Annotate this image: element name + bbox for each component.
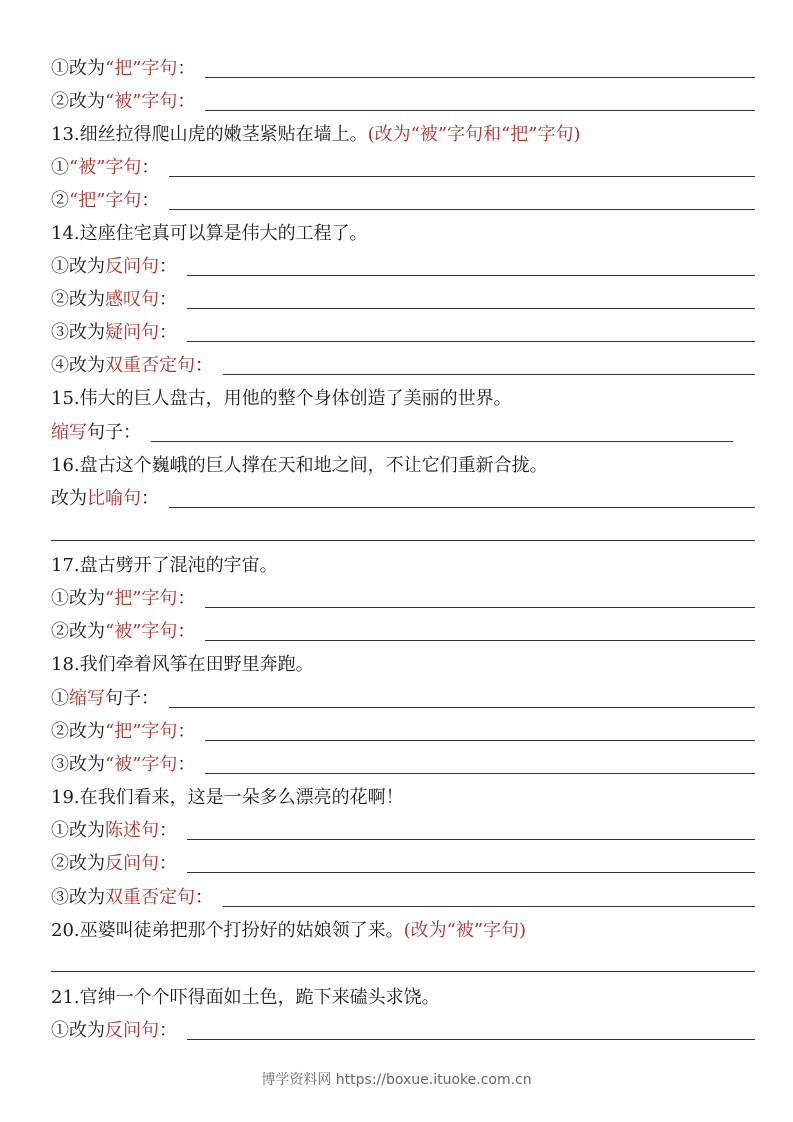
q18-answer-row-2: ②改为“把”字句： — [51, 715, 755, 745]
q20-stem: 20.巫婆叫徒弟把那个打扮好的姑娘领了来。(改为“被”字句) — [51, 914, 755, 944]
answer-blank[interactable] — [205, 76, 755, 78]
question-text: 20.巫婆叫徒弟把那个打扮好的姑娘领了来。 — [51, 920, 404, 941]
q15-answer-row-1: 缩写句子： — [51, 416, 733, 446]
q18-answer-row-3: ③改为“被”字句： — [51, 748, 755, 778]
label-prefix: ② — [51, 190, 69, 211]
label-suffix: ： — [177, 58, 195, 79]
q19-answer-row-2: ②改为反问句： — [51, 847, 755, 877]
q18-stem: 18.我们牵着风筝在田野里奔跑。 — [51, 648, 755, 678]
label-red: 比喻句 — [87, 488, 141, 509]
label-red: 缩写 — [51, 422, 87, 443]
label-red: 反问句 — [105, 256, 159, 277]
question-text: 19.在我们看来，这是一朵多么漂亮的花啊！ — [51, 787, 404, 811]
q12-answer-row-2: ②改为“被”字句： — [51, 85, 755, 115]
question-text: 13.细丝拉得爬山虎的嫩茎紧贴在墙上。 — [51, 124, 368, 145]
label-prefix: ③改为 — [51, 322, 105, 343]
label-prefix: 改为 — [51, 488, 87, 509]
label-suffix: ： — [159, 256, 177, 277]
label-prefix: ① — [51, 688, 69, 709]
question-text: 21.官绅一个个吓得面如土色，跪下来磕头求饶。 — [51, 987, 440, 1011]
label-prefix: ②改为 — [51, 721, 105, 742]
label-suffix: ： — [177, 588, 195, 609]
q17-answer-row-2: ②改为“被”字句： — [51, 615, 755, 645]
q19-answer-row-1: ①改为陈述句： — [51, 814, 755, 844]
label-red: 反问句 — [105, 1020, 159, 1041]
answer-blank[interactable] — [187, 340, 755, 342]
label-red: 缩写 — [69, 688, 105, 709]
q19-stem: 19.在我们看来，这是一朵多么漂亮的花啊！ — [51, 781, 755, 811]
answer-blank[interactable] — [169, 706, 755, 708]
label-red: “被”字句 — [105, 754, 177, 775]
question-instruction: (改为“被”字句和“把”字句) — [368, 124, 581, 145]
label-suffix: ： — [177, 621, 195, 642]
q18-answer-row-1: ①缩写句子： — [51, 682, 755, 712]
question-text: 14.这座住宅真可以算是伟大的工程了。 — [51, 223, 368, 247]
q14-answer-row-2: ②改为感叹句： — [51, 283, 755, 313]
q19-answer-row-3: ③改为双重否定句： — [51, 881, 755, 911]
label-suffix: ： — [177, 754, 195, 775]
answer-blank[interactable] — [187, 871, 755, 873]
label-suffix: ： — [159, 322, 177, 343]
label-red: 反问句 — [105, 853, 159, 874]
label-prefix: ③改为 — [51, 887, 105, 908]
question-text: 15.伟大的巨人盘古，用他的整个身体创造了美丽的世界。 — [51, 388, 512, 412]
label-red: 陈述句 — [105, 820, 159, 841]
answer-blank[interactable] — [205, 739, 755, 741]
question-text: 18.我们牵着风筝在田野里奔跑。 — [51, 654, 314, 678]
label-prefix: ①改为 — [51, 820, 105, 841]
label-red: “被”字句 — [105, 91, 177, 112]
q21-answer-row-1: ①改为反问句： — [51, 1014, 755, 1044]
answer-blank[interactable] — [187, 274, 755, 276]
label-prefix: ①改为 — [51, 256, 105, 277]
label-red: “把”字句 — [69, 190, 141, 211]
answer-blank[interactable] — [151, 440, 733, 442]
label-suffix: 句子： — [87, 422, 141, 443]
label-suffix: ： — [159, 1020, 177, 1041]
label-prefix: ②改为 — [51, 853, 105, 874]
q16-stem: 16.盘古这个巍峨的巨人撑在天和地之间，不让它们重新合拢。 — [51, 449, 755, 479]
q14-answer-row-3: ③改为疑问句： — [51, 316, 755, 346]
answer-blank[interactable] — [187, 838, 755, 840]
label-red: 疑问句 — [105, 322, 159, 343]
answer-blank[interactable] — [169, 208, 755, 210]
label-red: 双重否定句 — [105, 355, 195, 376]
q12-answer-row-1: ①改为“把”字句： — [51, 52, 755, 82]
label-prefix: ①改为 — [51, 1020, 105, 1041]
answer-blank[interactable] — [187, 307, 755, 309]
question-text: 17.盘古劈开了混沌的宇宙。 — [51, 555, 278, 579]
label-suffix: ： — [141, 157, 159, 178]
answer-blank[interactable] — [205, 109, 755, 111]
answer-blank[interactable] — [205, 772, 755, 774]
label-prefix: ①改为 — [51, 588, 105, 609]
label-red: “把”字句 — [105, 721, 177, 742]
answer-blank[interactable] — [51, 971, 755, 972]
label-suffix: ： — [177, 91, 195, 112]
label-red: “被”字句 — [69, 157, 141, 178]
label-prefix: ②改为 — [51, 289, 105, 310]
label-suffix: ： — [141, 190, 159, 211]
label-suffix: ： — [195, 887, 213, 908]
label-red: 双重否定句 — [105, 887, 195, 908]
answer-blank[interactable] — [169, 175, 755, 177]
label-red: “把”字句 — [105, 588, 177, 609]
label-prefix: ②改为 — [51, 621, 105, 642]
q13-stem: 13.细丝拉得爬山虎的嫩茎紧贴在墙上。(改为“被”字句和“把”字句) — [51, 118, 755, 148]
label-red: “被”字句 — [105, 621, 177, 642]
question-text: 16.盘古这个巍峨的巨人撑在天和地之间，不让它们重新合拢。 — [51, 455, 548, 479]
label-suffix: 句子： — [105, 688, 159, 709]
label-prefix: ④改为 — [51, 355, 105, 376]
q21-stem: 21.官绅一个个吓得面如土色，跪下来磕头求饶。 — [51, 981, 755, 1011]
answer-blank[interactable] — [205, 606, 755, 608]
label-suffix: ： — [159, 820, 177, 841]
answer-blank[interactable] — [187, 1038, 755, 1040]
question-instruction: (改为“被”字句) — [404, 920, 526, 941]
q16-answer-row-1: 改为比喻句： — [51, 482, 755, 512]
label-prefix: ②改为 — [51, 91, 105, 112]
label-suffix: ： — [159, 853, 177, 874]
q17-stem: 17.盘古劈开了混沌的宇宙。 — [51, 549, 755, 579]
q13-answer-row-1: ①“被”字句： — [51, 151, 755, 181]
label-suffix: ： — [195, 355, 213, 376]
q14-answer-row-4: ④改为双重否定句： — [51, 349, 755, 379]
label-suffix: ： — [159, 289, 177, 310]
answer-blank-extra[interactable] — [51, 540, 755, 541]
answer-blank[interactable] — [223, 373, 755, 375]
label-red: “把”字句 — [105, 58, 177, 79]
label-prefix: ①改为 — [51, 58, 105, 79]
label-suffix: ： — [177, 721, 195, 742]
answer-blank[interactable] — [205, 639, 755, 641]
label-suffix: ： — [141, 488, 159, 509]
q15-stem: 15.伟大的巨人盘古，用他的整个身体创造了美丽的世界。 — [51, 382, 755, 412]
q14-answer-row-1: ①改为反问句： — [51, 250, 755, 280]
answer-blank[interactable] — [169, 506, 755, 508]
q13-answer-row-2: ②“把”字句： — [51, 184, 755, 214]
q14-stem: 14.这座住宅真可以算是伟大的工程了。 — [51, 217, 755, 247]
answer-blank[interactable] — [223, 905, 755, 907]
footer-watermark: 博学资料网 https://boxue.ituoke.com.cn — [0, 1069, 793, 1089]
label-red: 感叹句 — [105, 289, 159, 310]
label-prefix: ① — [51, 157, 69, 178]
label-prefix: ③改为 — [51, 754, 105, 775]
q17-answer-row-1: ①改为“把”字句： — [51, 582, 755, 612]
